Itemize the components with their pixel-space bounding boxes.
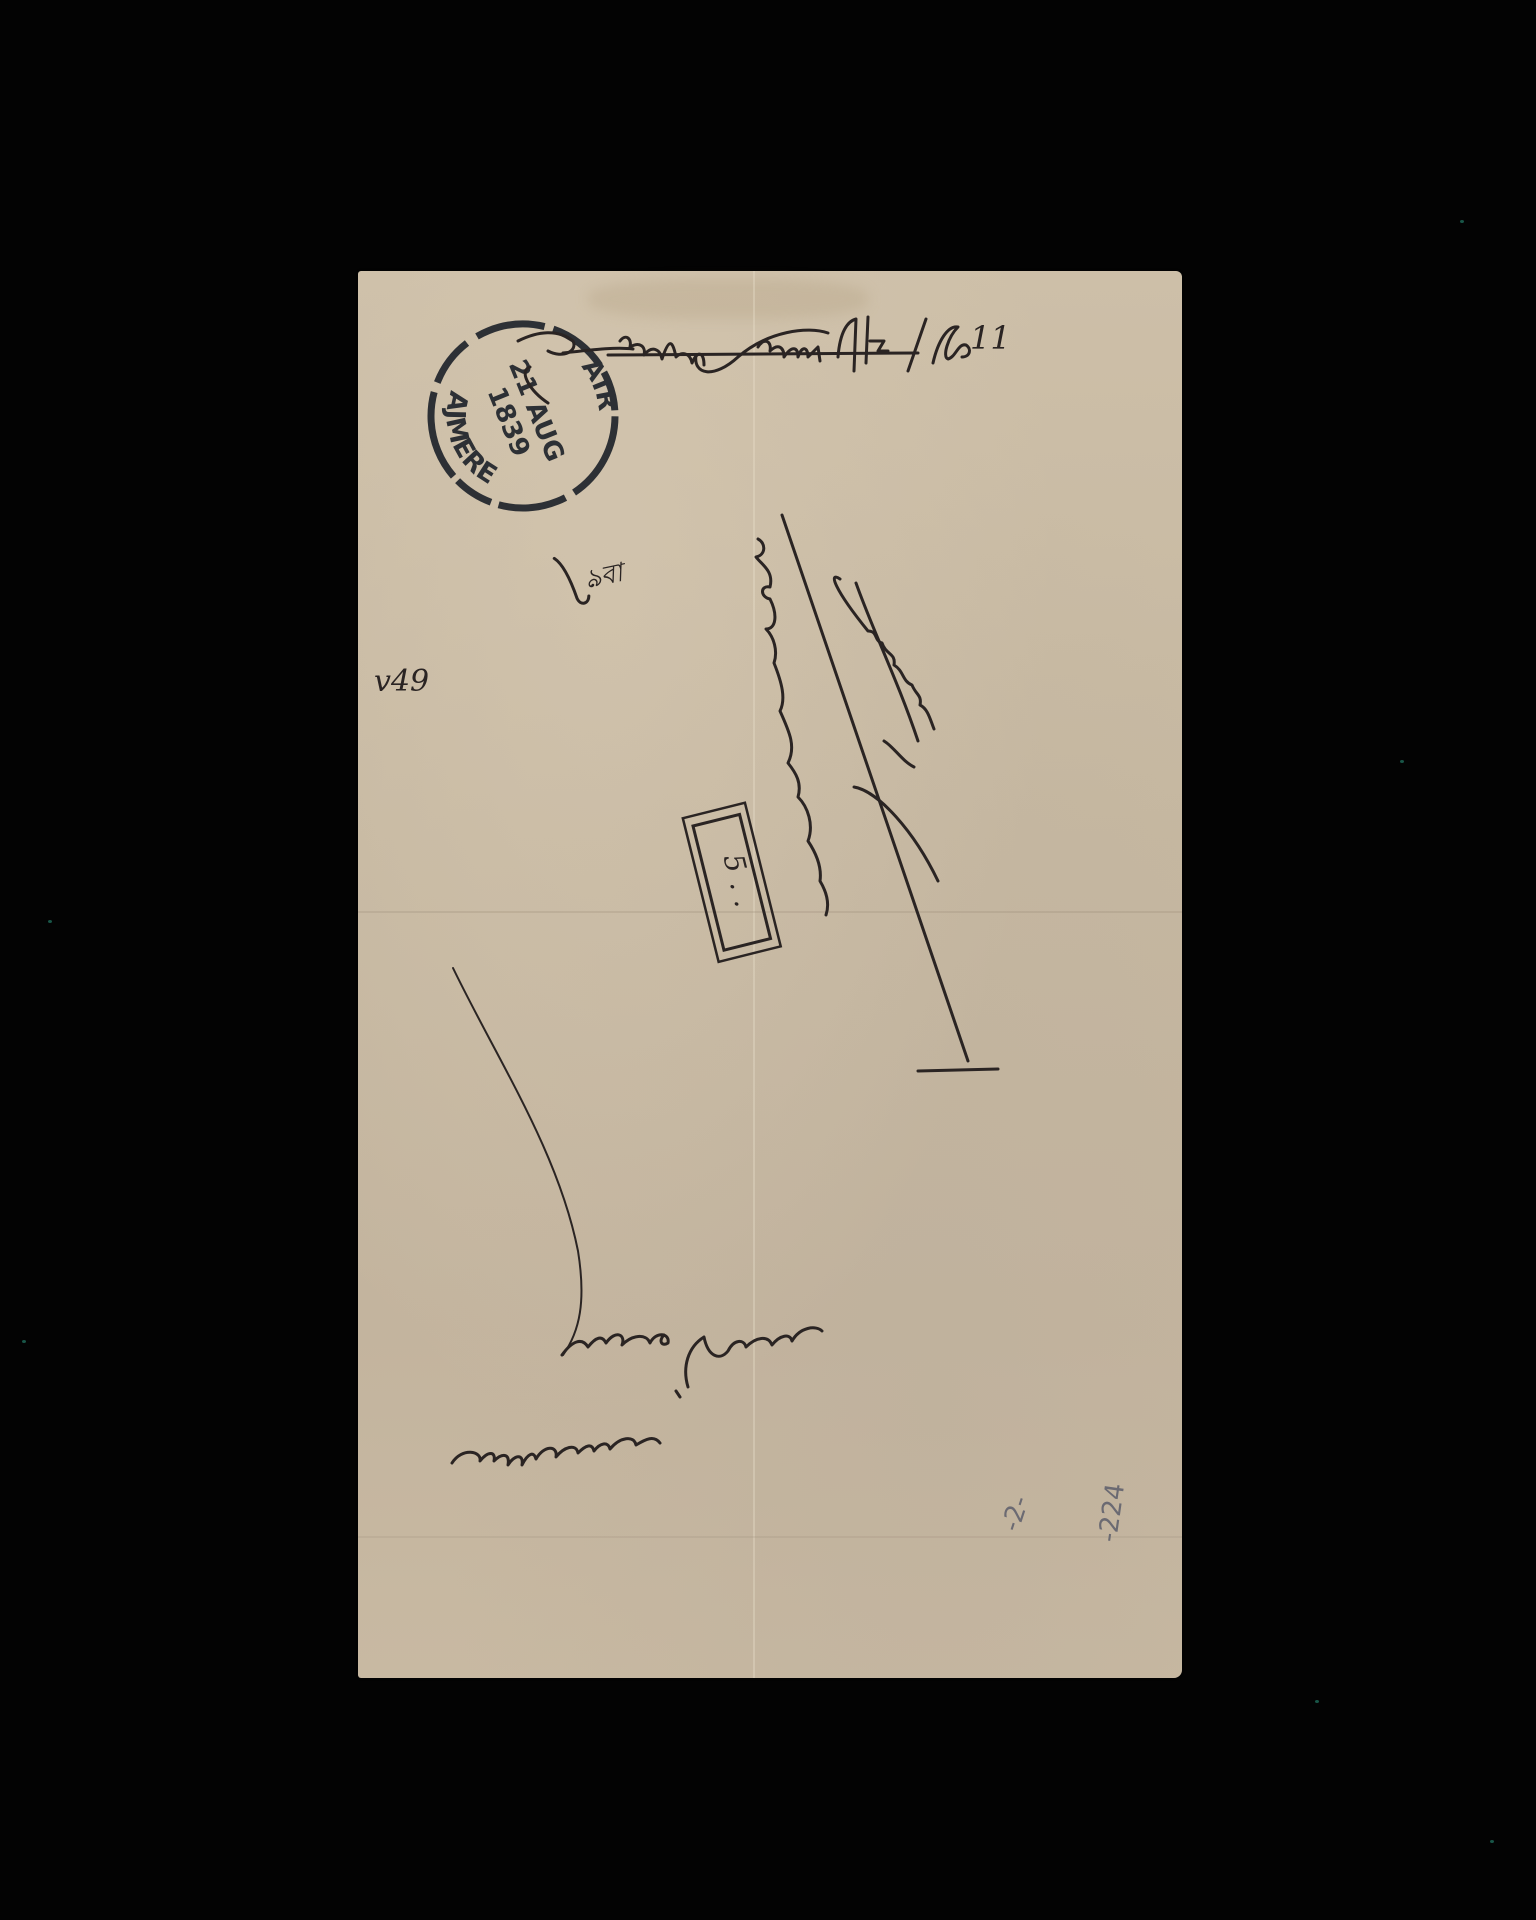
handwriting-diagonal-address	[756, 515, 998, 1071]
svg-text:5 . .: 5 . .	[717, 851, 762, 911]
pencil-mark-left: -2-	[996, 1492, 1035, 1535]
ink-layer: AJMERE AIR 21 AUG 1839 11 ঌবা	[358, 271, 1182, 1678]
background-speck	[1490, 1840, 1494, 1843]
background-speck	[22, 1340, 26, 1343]
pencil-mark-right: -224	[1093, 1481, 1131, 1544]
top-line-numeral: 11	[970, 319, 1011, 357]
left-number: v49	[374, 664, 429, 699]
background-speck	[48, 920, 52, 923]
postmark: AJMERE AIR 21 AUG 1839	[403, 294, 649, 536]
background-speck	[1460, 220, 1464, 223]
handwriting-bottom-lines	[452, 1328, 822, 1465]
background-speck	[1400, 760, 1404, 763]
envelope: AJMERE AIR 21 AUG 1839 11 ঌবা	[358, 271, 1182, 1678]
svg-text:ঌবা: ঌবা	[582, 557, 630, 595]
pen-curve-line	[453, 968, 582, 1355]
small-word: ঌবা	[554, 544, 632, 607]
boxed-mark: 5 . .	[683, 803, 781, 962]
background-speck	[1315, 1700, 1319, 1703]
